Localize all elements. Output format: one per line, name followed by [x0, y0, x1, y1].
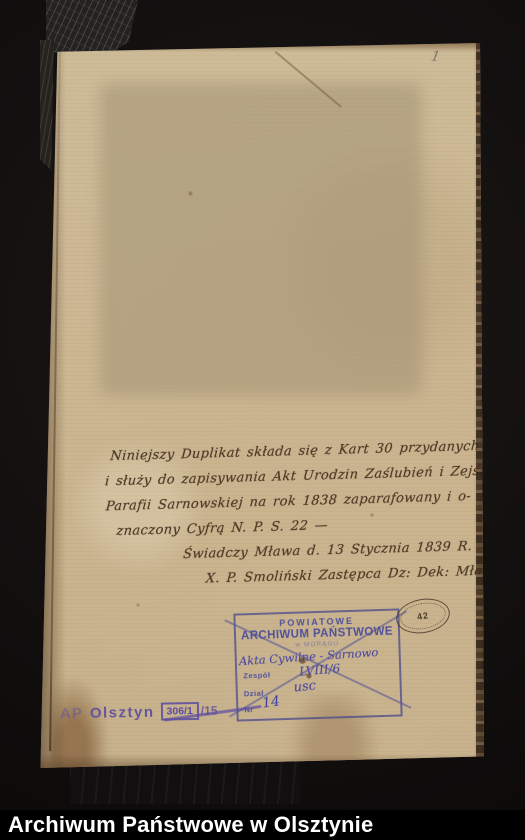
- stamp-field-label: Zespół: [243, 671, 270, 681]
- caption-title: Archiwum Państwowe w Olsztynie: [0, 812, 373, 838]
- caption-bar: Archiwum Państwowe w Olsztynie: [0, 810, 525, 840]
- book-tail-edge: [70, 760, 300, 804]
- oval-stamp: 42: [393, 595, 452, 638]
- paper-discoloration: [100, 83, 422, 395]
- manuscript-page: 1 Niniejszy Duplikat składa się z Kart 3…: [40, 43, 484, 768]
- accession-city: Olsztyn: [90, 703, 155, 721]
- accession-prefix: AP: [60, 704, 83, 721]
- page-fore-edge: [476, 43, 484, 768]
- foxing-spot: [188, 191, 193, 196]
- page-number: 1: [430, 48, 442, 65]
- book-spine-edge: [40, 40, 54, 170]
- foxing-spot: [136, 603, 140, 607]
- accession-stamp: AP Olsztyn 306/1 /15: [60, 698, 218, 727]
- archival-document-photo: 1 Niniejszy Duplikat składa się z Kart 3…: [0, 0, 525, 840]
- oval-stamp-number: 42: [416, 610, 430, 622]
- manuscript-text: Niniejszy Duplikat składa się z Kart 30 …: [104, 434, 488, 595]
- book-binding-remnant: [46, 0, 138, 58]
- stamp-field-value: usc: [293, 678, 317, 695]
